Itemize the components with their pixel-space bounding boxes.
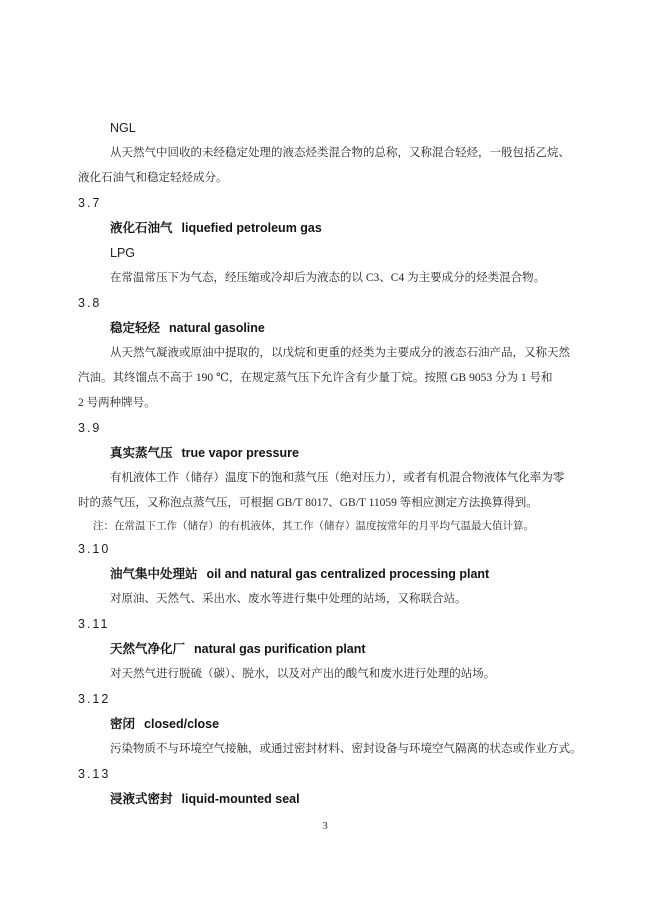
document-page: NGL从天然气中回收的未经稳定处理的液态烃类混合物的总称，又称混合轻烃，一般包括… (0, 0, 650, 919)
definition-paragraph: 有机液体工作（储存）温度下的饱和蒸气压（绝对压力），或者有机混合物液体气化率为零… (78, 466, 590, 516)
term-en: true vapor pressure (182, 446, 299, 460)
term-en: natural gas purification plant (194, 642, 366, 656)
term-acronym: NGL (78, 116, 590, 141)
term-heading: 稳定轻烃natural gasoline (78, 316, 590, 341)
clause-number: 3.13 (78, 762, 590, 787)
clause-number: 3.12 (78, 687, 590, 712)
clause-number: 3.11 (78, 612, 590, 637)
clause-number: 3.10 (78, 537, 590, 562)
term-zh: 真实蒸气压 (110, 446, 173, 460)
definition-paragraph: 从天然气凝液或原油中提取的，以戊烷和更重的烃类为主要成分的液态石油产品，又称天然… (78, 341, 590, 416)
page-number: 3 (0, 820, 650, 832)
term-zh: 稳定轻烃 (110, 321, 160, 335)
term-zh: 天然气净化厂 (110, 642, 185, 656)
term-acronym: LPG (78, 241, 590, 266)
term-en: closed/close (144, 717, 219, 731)
note-text: 注：在常温下工作（储存）的有机液体，其工作（储存）温度按常年的月平均气温最大值计… (78, 516, 590, 537)
term-en: liquefied petroleum gas (182, 221, 322, 235)
clause-number: 3.7 (78, 191, 590, 216)
term-heading: 液化石油气liquefied petroleum gas (78, 216, 590, 241)
term-en: liquid-mounted seal (182, 792, 300, 806)
term-zh: 浸液式密封 (110, 792, 173, 806)
definition-paragraph: 污染物质不与环境空气接触，或通过密封材料、密封设备与环境空气隔离的状态或作业方式… (78, 737, 590, 762)
term-zh: 油气集中处理站 (110, 567, 198, 581)
term-en: oil and natural gas centralized processi… (207, 567, 490, 581)
term-heading: 真实蒸气压true vapor pressure (78, 441, 590, 466)
term-heading: 浸液式密封liquid-mounted seal (78, 787, 590, 812)
clause-number: 3.8 (78, 291, 590, 316)
document-content: NGL从天然气中回收的未经稳定处理的液态烃类混合物的总称，又称混合轻烃，一般包括… (78, 116, 590, 812)
term-zh: 密闭 (110, 717, 135, 731)
term-en: natural gasoline (169, 321, 265, 335)
definition-paragraph: 对天然气进行脱硫（碳）、脱水，以及对产出的酸气和废水进行处理的站场。 (78, 662, 590, 687)
term-heading: 密闭closed/close (78, 712, 590, 737)
clause-number: 3.9 (78, 416, 590, 441)
term-heading: 天然气净化厂natural gas purification plant (78, 637, 590, 662)
term-heading: 油气集中处理站oil and natural gas centralized p… (78, 562, 590, 587)
definition-paragraph: 对原油、天然气、采出水、废水等进行集中处理的站场，又称联合站。 (78, 587, 590, 612)
definition-paragraph: 从天然气中回收的未经稳定处理的液态烃类混合物的总称，又称混合轻烃，一般包括乙烷、… (78, 141, 590, 191)
definition-paragraph: 在常温常压下为气态，经压缩或冷却后为液态的以 C3、C4 为主要成分的烃类混合物… (78, 266, 590, 291)
term-zh: 液化石油气 (110, 221, 173, 235)
